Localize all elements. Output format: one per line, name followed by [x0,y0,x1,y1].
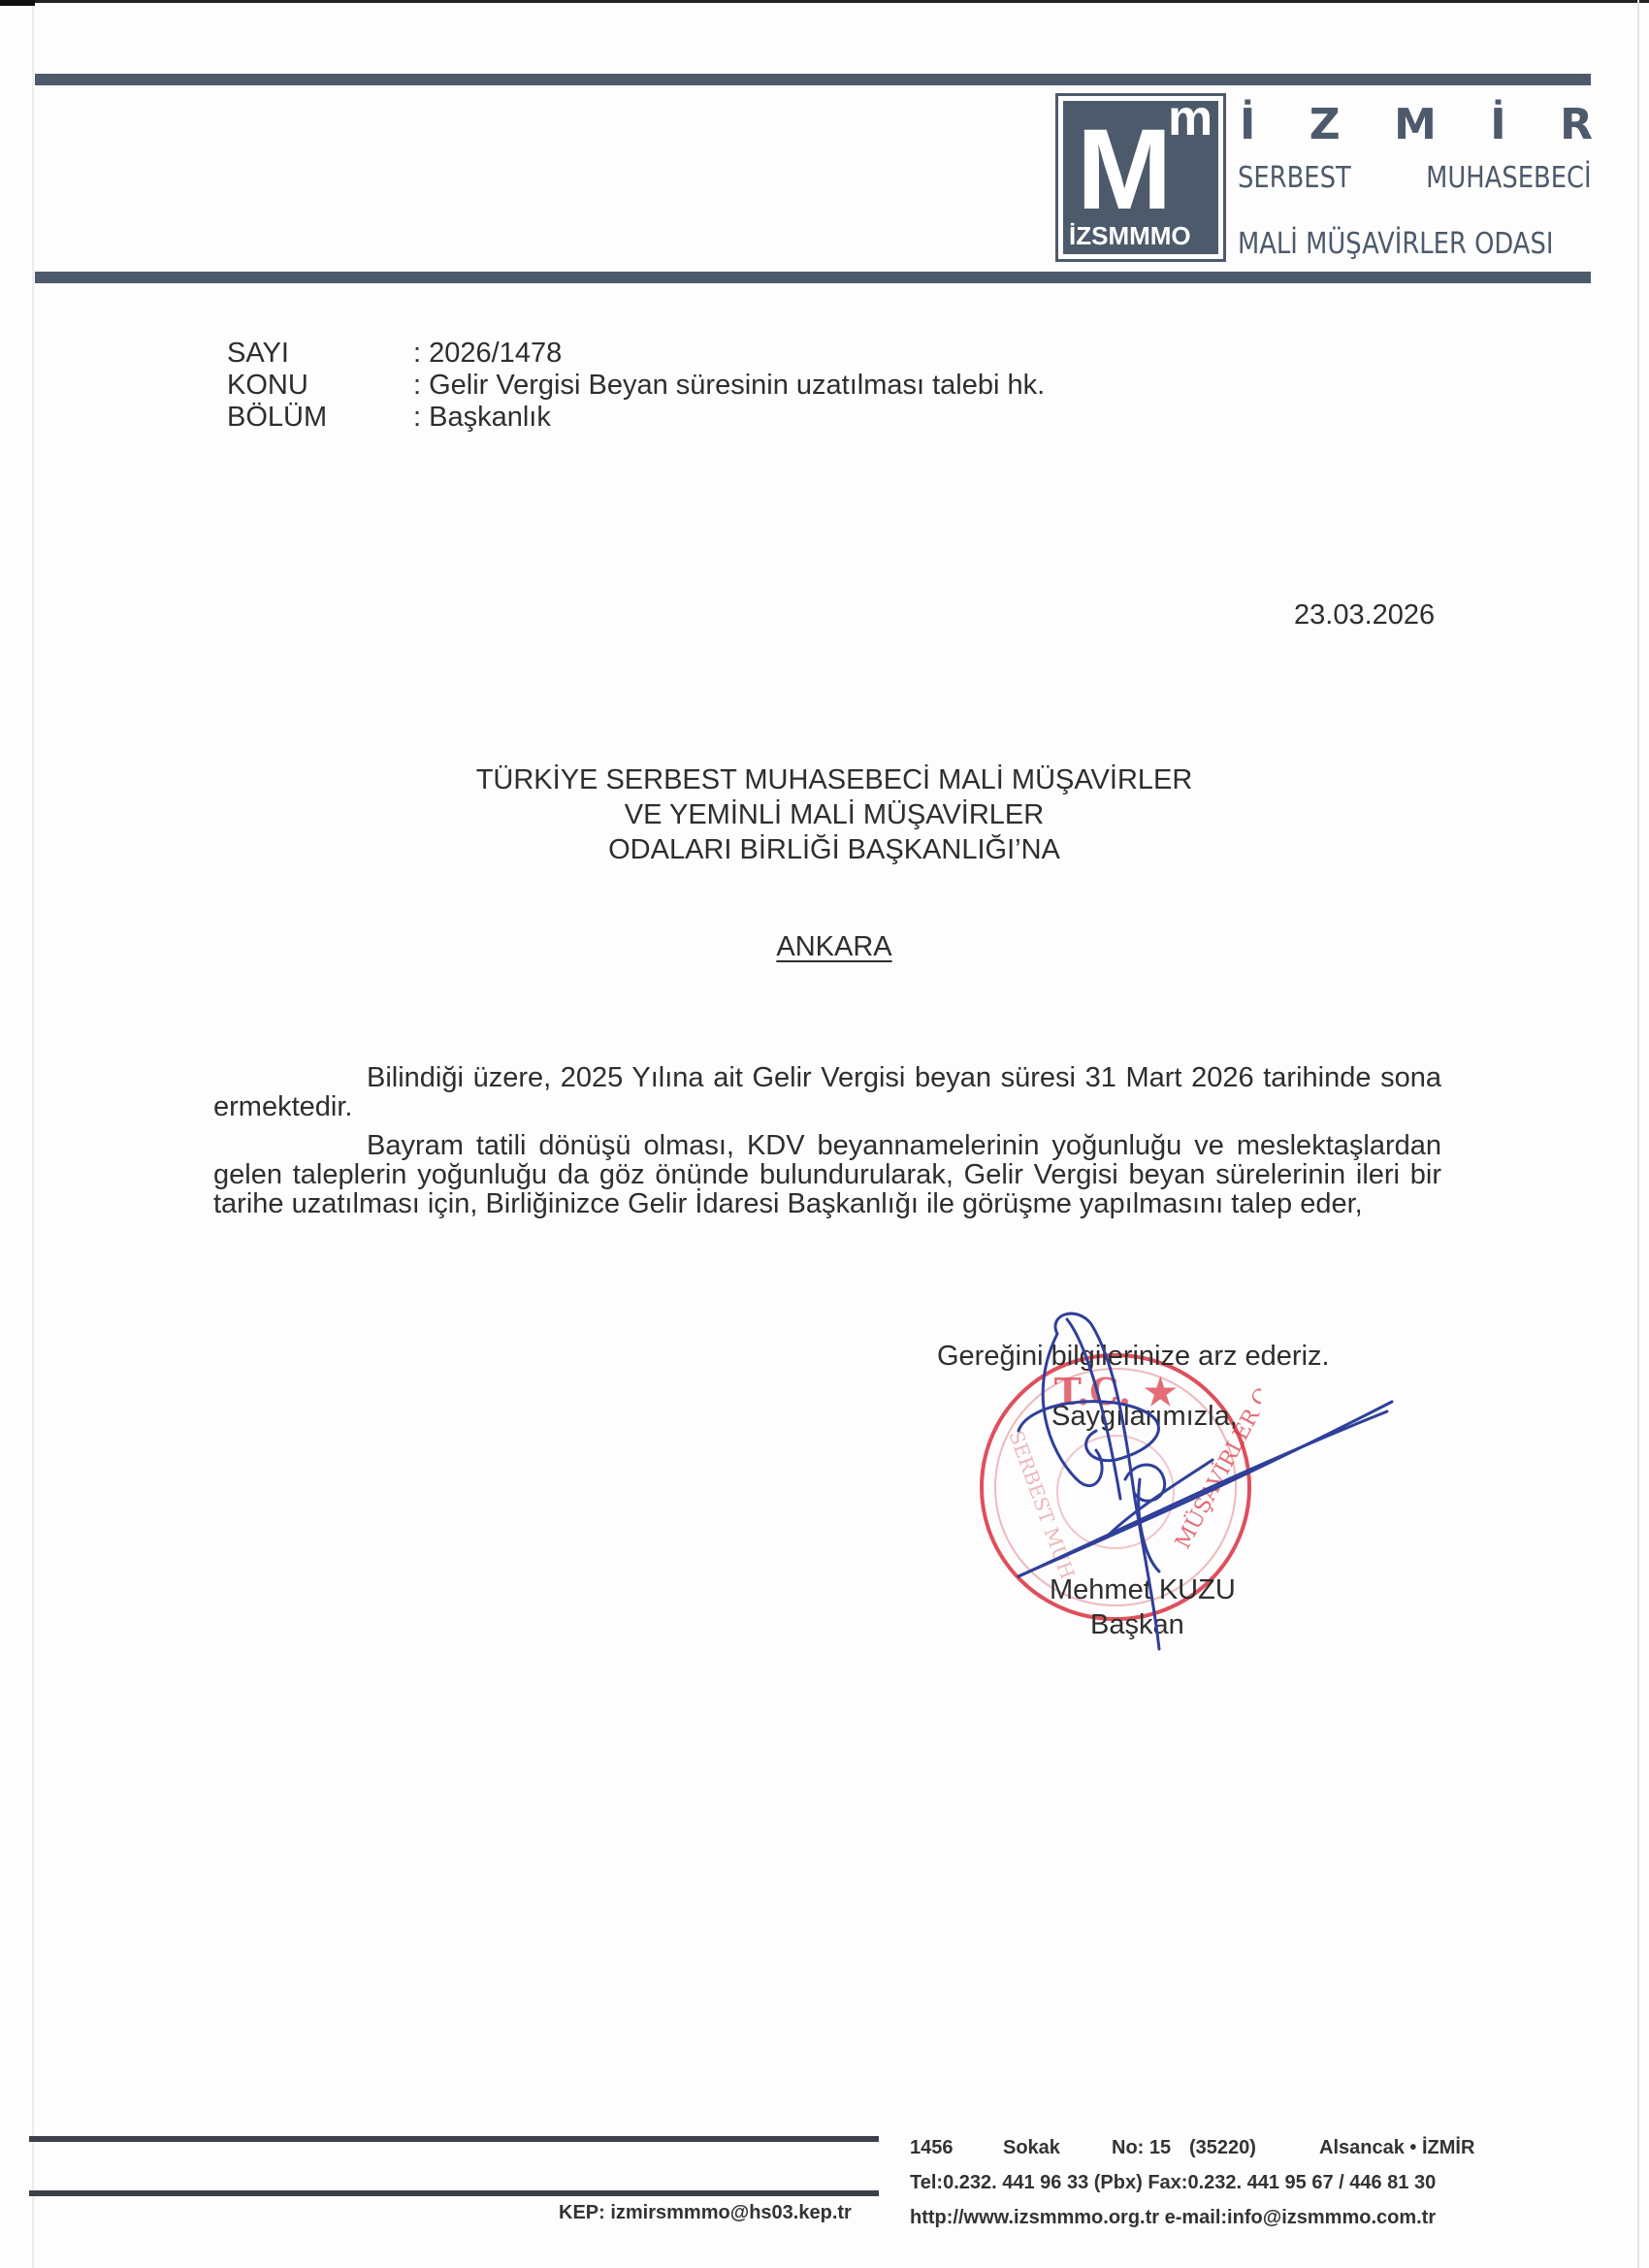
city-letter: R [1560,100,1593,149]
letterhead-top-rule [35,74,1591,85]
address-part: Alsancak • İZMİR [1319,2130,1474,2165]
footer-rule [29,2190,879,2196]
meta-row-number: SAYI : 2026/1478 [227,338,1045,370]
scan-artifact-corner [0,0,35,6]
recipient-city: ANKARA [737,931,931,963]
recipient-line: TÜRKİYE SERBEST MUHASEBECİ MALİ MÜŞAVİRL… [427,762,1242,797]
meta-row-subject: KONU : Gelir Vergisi Beyan süresinin uza… [227,370,1045,402]
handwritten-signature-icon [989,1305,1397,1654]
organization-logo: M m İZSMMMO [1055,93,1226,262]
footer-rule [29,2136,879,2142]
footer-contact: 1456SokakNo: 15(35220)Alsancak • İZMİR T… [910,2130,1474,2235]
logo-letter: M [1077,113,1170,227]
organization-name-line2: MALİ MÜŞAVİRLER ODASI [1238,227,1553,261]
meta-value: : 2026/1478 [413,338,562,370]
meta-label: SAYI [227,338,413,370]
meta-value: : Başkanlık [413,402,551,434]
city-letter: İ [1490,100,1505,149]
page-right-edge [1637,0,1639,2268]
recipient-block: TÜRKİYE SERBEST MUHASEBECİ MALİ MÜŞAVİRL… [427,762,1242,867]
organization-name-line1: SERBEST MUHASEBECİ [1238,161,1592,195]
document-meta: SAYI : 2026/1478 KONU : Gelir Vergisi Be… [227,338,1045,434]
page-left-edge [32,6,34,2268]
footer-kep-address: KEP: izmirsmmmo@hs03.kep.tr [559,2202,852,2224]
city-letter: M [1394,100,1437,149]
meta-value: : Gelir Vergisi Beyan süresinin uzatılma… [413,370,1045,402]
logo-superscript: m [1168,93,1212,144]
recipient-line: ODALARI BİRLİĞİ BAŞKANLIĞI’NA [427,832,1242,867]
body-paragraph: Bilindiği üzere, 2025 Yılına ait Gelir V… [213,1063,1441,1121]
body-paragraph: Bayram tatili dönüşü olması, KDV beyanna… [213,1131,1441,1218]
letter-body: Bilindiği üzere, 2025 Yılına ait Gelir V… [213,1063,1441,1228]
document-date: 23.03.2026 [1294,599,1435,632]
letterhead-bottom-rule [35,272,1591,283]
address-part: 1456 [910,2130,1003,2165]
organization-city: İ Z M İ R [1240,97,1593,151]
logo-background: M m İZSMMMO [1063,101,1218,254]
meta-row-department: BÖLÜM : Başkanlık [227,402,1045,434]
scan-artifact-edge [35,0,1649,3]
footer-web-email-line: http://www.izsmmmo.org.tr e-mail:info@iz… [910,2200,1474,2235]
footer-address-line: 1456SokakNo: 15(35220)Alsancak • İZMİR [910,2130,1474,2165]
meta-label: BÖLÜM [227,402,413,434]
city-letter: Z [1309,100,1341,149]
address-part: (35220) [1189,2130,1319,2165]
logo-abbreviation: İZSMMMO [1069,223,1191,248]
recipient-line: VE YEMİNLİ MALİ MÜŞAVİRLER [427,797,1242,832]
meta-label: KONU [227,370,413,402]
city-letter: İ [1240,100,1255,149]
address-part: No: 15 [1112,2130,1189,2165]
address-part: Sokak [1003,2130,1112,2165]
footer-phone-line: Tel:0.232. 441 96 33 (Pbx) Fax:0.232. 44… [910,2165,1474,2200]
